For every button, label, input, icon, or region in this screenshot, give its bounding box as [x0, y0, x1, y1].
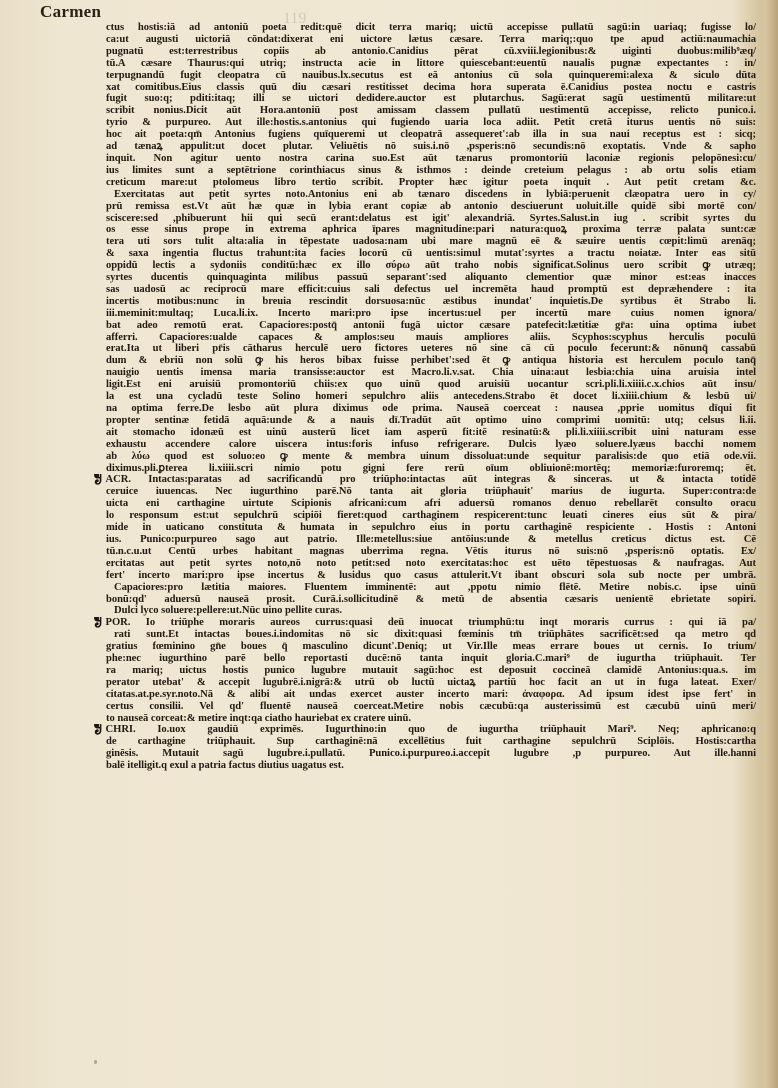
text-line: ercitatas aut petit syrtes noto,nō noto …: [106, 558, 756, 570]
section-lemma: POR.: [106, 617, 131, 628]
text-line: sas uadosū ac reciprocū mare efficit:cui…: [106, 284, 756, 296]
text-line: mide in uaticano constituta & humata in …: [106, 522, 756, 534]
text-line: ginēsis. Mutauit sagū lugubre.i.pullatū.…: [106, 748, 756, 760]
text-line: creticum mare:ut ptolomeus libro tertio …: [106, 177, 756, 189]
text-line: certus consilii. Vel qd' fluentē nauseā …: [106, 701, 756, 713]
text-line: tū.A cæsare Thaurus:qui utriq; instructa…: [106, 58, 756, 70]
text-line: uicta eni carthagine uirtute Scipionis a…: [106, 498, 756, 510]
page-scan: Carmen 119 ctus hostis:iā ad antoniū poe…: [0, 0, 778, 1088]
line-text: citatas.at.pe.syr.noto.Nā & alibi ait un…: [106, 689, 756, 700]
text-line: lo responsum est:ut sepulchrū scipiōi fi…: [106, 510, 756, 522]
binding-gutter: [764, 0, 778, 1088]
commentary-section-acr: ❡ACR. Intactas:paratas ad sacrificandū p…: [106, 474, 756, 617]
line-text: ginēsis. Mutauit sagū lugubre.i.pullatū.…: [106, 748, 756, 759]
line-text: ercitatas aut petit syrtes noto,nō noto …: [106, 558, 756, 569]
line-text: perator utebat' & accepit lugubrē.i.nigr…: [106, 677, 756, 688]
text-line: ❡CHRI. Io.uox gaudiū exprimēs. Iugurthin…: [92, 724, 756, 736]
text-line: ligit.Est eni aruisiū promontoriū chiis:…: [106, 379, 756, 391]
text-line: os esse sinus prope in extrema aphrica ī…: [106, 224, 756, 236]
line-text: lo responsum est:ut sepulchrū scipiōi fi…: [106, 510, 756, 521]
text-line: & saxa ingentia fluctus trahunt:ita faci…: [106, 248, 756, 260]
text-line: ❡ACR. Intactas:paratas ad sacrificandū p…: [92, 474, 756, 486]
commentary-section-por: ❡POR. Io triūphe moraris aureos currus:q…: [106, 617, 756, 724]
text-line: oppidū lectis a sydoniis conditū:hæc ex …: [106, 260, 756, 272]
text-line: ad tænaꝝ appulit:ut docet plutar. Veliuē…: [106, 141, 756, 153]
text-line: Capaciores:pro lætitia maiores. Fluentem…: [106, 582, 756, 594]
text-line: ra mariq; uictus hostis punico lugubre m…: [106, 665, 756, 677]
text-line: incertis motibus:nunc in breuia rescindi…: [106, 296, 756, 308]
text-line: de carthagine triūphauit. Sup carthaginē…: [106, 736, 756, 748]
text-line: exhaustu accendere calore uiscera intus:…: [106, 439, 756, 451]
text-line: ceruice iuuencas. Nec iugurthino parē.Nō…: [106, 486, 756, 498]
text-line: inquit. Non agitur uento nostra carina s…: [106, 153, 756, 165]
pilcrow-icon: ❡: [92, 474, 105, 484]
text-line: citatas.at.pe.syr.noto.Nā & alibi ait un…: [106, 689, 756, 701]
line-text: Intactas:paratas ad sacrificandū pro tri…: [131, 474, 756, 485]
text-line: la est una cycladū teste Solino homeri s…: [106, 391, 756, 403]
line-text: fert' incerto mari:pro ipse incertus & l…: [106, 570, 756, 581]
text-line: scribit nonius.Dicit aūt Hora.antoniū po…: [106, 105, 756, 117]
line-text: tū.n.c.u.ut Centū urbes habitant magnas …: [106, 546, 756, 557]
text-line: sciscere:sed ,phibuerunt hii qui secū er…: [106, 213, 756, 225]
text-line: fugit suo:q; pditi:itaq; illi se uictori…: [106, 93, 756, 105]
commentary-section-2: Exercitatas aut petit syrtes noto.Antoni…: [106, 189, 756, 475]
text-line: prū remissa est.Vt aūt hæ quæ in lybia e…: [106, 201, 756, 213]
text-line: erat.Ita ut liberi pr̄is cātharus hercul…: [106, 343, 756, 355]
line-text: phe:nec iugurthino parē bello reportasti…: [106, 653, 756, 664]
section-lemma: ACR.: [106, 474, 131, 485]
text-line: ait stomacho idonæū est uinū austerū lic…: [106, 427, 756, 439]
text-line: tyrio & purpureo. Aut ille:hostis.s.anto…: [106, 117, 756, 129]
line-text: de carthagine triūphauit. Sup carthaginē…: [106, 736, 756, 747]
text-line: tū.n.c.u.ut Centū urbes habitant magnas …: [106, 546, 756, 558]
text-line: ab λύω quod est soluo:eo ꝙ mente & membr…: [106, 451, 756, 463]
line-text: uicta eni carthagine uirtute Scipionis a…: [106, 498, 756, 509]
text-line: dum & ebriū non solū ꝙ his heros bibax f…: [106, 355, 756, 367]
line-text: to nauseā corceat:& metire inqt:qa ciath…: [106, 713, 411, 724]
line-text: Io.uox gaudiū exprimēs. Iugurthino:in qu…: [136, 724, 756, 735]
line-text: ra mariq; uictus hostis punico lugubre m…: [106, 665, 756, 676]
ink-spot: [94, 1060, 97, 1064]
line-text: Dulci lyco soluere:pellere:ut.Nūc uino p…: [114, 605, 342, 616]
line-text: bonū:qd' aduersū nauseā prosit. Curā.i.s…: [106, 594, 756, 605]
text-line: Dulci lyco soluere:pellere:ut.Nūc uino p…: [106, 605, 756, 617]
text-line: nauigio uentis imensa maria transisse:au…: [106, 367, 756, 379]
running-head: Carmen: [40, 2, 101, 22]
line-text: Capaciores:pro lætitia maiores. Fluentem…: [114, 582, 756, 593]
line-text: certus consilii. Vel qd' fluentē nauseā …: [106, 701, 756, 712]
line-text: gratius fœminino gn̄e boues q̄ masculino…: [106, 641, 756, 652]
line-text: rati sunt.Et intactas boues.i.indomitas …: [114, 629, 756, 640]
text-line: rati sunt.Et intactas boues.i.indomitas …: [106, 629, 756, 641]
text-line: Exercitatas aut petit syrtes noto.Antoni…: [106, 189, 756, 201]
text-line: terpugnandū fugit cleopatra cū nauibus.l…: [106, 70, 756, 82]
commentary-section-chri: ❡CHRI. Io.uox gaudiū exprimēs. Iugurthin…: [106, 724, 756, 772]
text-line: bonū:qd' aduersū nauseā prosit. Curā.i.s…: [106, 594, 756, 606]
line-text: ceruice iuuencas. Nec iugurthino parē.Nō…: [106, 486, 756, 497]
line-text: Io triūphe moraris aureos currus:quasi d…: [130, 617, 756, 628]
section-lemma: CHRI.: [106, 724, 136, 735]
text-line: tera uti sors tulit alta:alia in tēpesta…: [106, 236, 756, 248]
text-line: na optima ferre.De lesbo aūt plura dixim…: [106, 403, 756, 415]
pilcrow-icon: ❡: [92, 617, 105, 627]
line-text: mide in uaticano constituta & humata in …: [106, 522, 756, 533]
text-line: fert' incerto mari:pro ipse incertus & l…: [106, 570, 756, 582]
line-text: ius. Punico:purpureo sago aut patrio. Il…: [106, 534, 756, 545]
commentary-text-block: ctus hostis:iā ad antoniū poeta redit:qu…: [106, 22, 756, 772]
text-line: iii.meminit:multaq; Luca.li.ix. Incerto …: [106, 308, 756, 320]
text-line: perator utebat' & accepit lugubrē.i.nigr…: [106, 677, 756, 689]
text-line: hoc ait poeta:qm̄ Antonius fugiens quīqu…: [106, 129, 756, 141]
pilcrow-icon: ❡: [92, 724, 105, 734]
text-line: propter sentinæ fetidā aquā:unde & a nau…: [106, 415, 756, 427]
text-line: phe:nec iugurthino parē bello reportasti…: [106, 653, 756, 665]
text-line: afferri. Capaciores:ualde capaces & ampl…: [106, 332, 756, 344]
text-line: balē itelligit.q exul a patria factus di…: [106, 760, 756, 772]
text-line: ius limites sunt a septētrione corinthia…: [106, 165, 756, 177]
commentary-section-1: ctus hostis:iā ad antoniū poeta redit:qu…: [106, 22, 756, 189]
text-line: ius. Punico:purpureo sago aut patrio. Il…: [106, 534, 756, 546]
text-line: syrtes ducentis quinquaginta milibus pas…: [106, 272, 756, 284]
text-line: to nauseā corceat:& metire inqt:qa ciath…: [106, 713, 756, 725]
line-text: balē itelligit.q exul a patria factus di…: [106, 760, 344, 771]
text-line: gratius fœminino gn̄e boues q̄ masculino…: [106, 641, 756, 653]
text-line: ca:ut augusti uictoriā cōndat:dixerat en…: [106, 34, 756, 46]
text-line: xat comitibus.Eius classis quū diu cæsar…: [106, 82, 756, 94]
text-line: ❡POR. Io triūphe moraris aureos currus:q…: [92, 617, 756, 629]
text-line: ctus hostis:iā ad antoniū poeta redit:qu…: [106, 22, 756, 34]
text-line: pugnatū est:terrestribus copiis ab anton…: [106, 46, 756, 58]
text-line: diximus.pli.ꝑterea li.xiiii.scri nimio p…: [106, 463, 756, 475]
text-line: bat adeo remotū erat. Capaciores:postq̄ …: [106, 320, 756, 332]
